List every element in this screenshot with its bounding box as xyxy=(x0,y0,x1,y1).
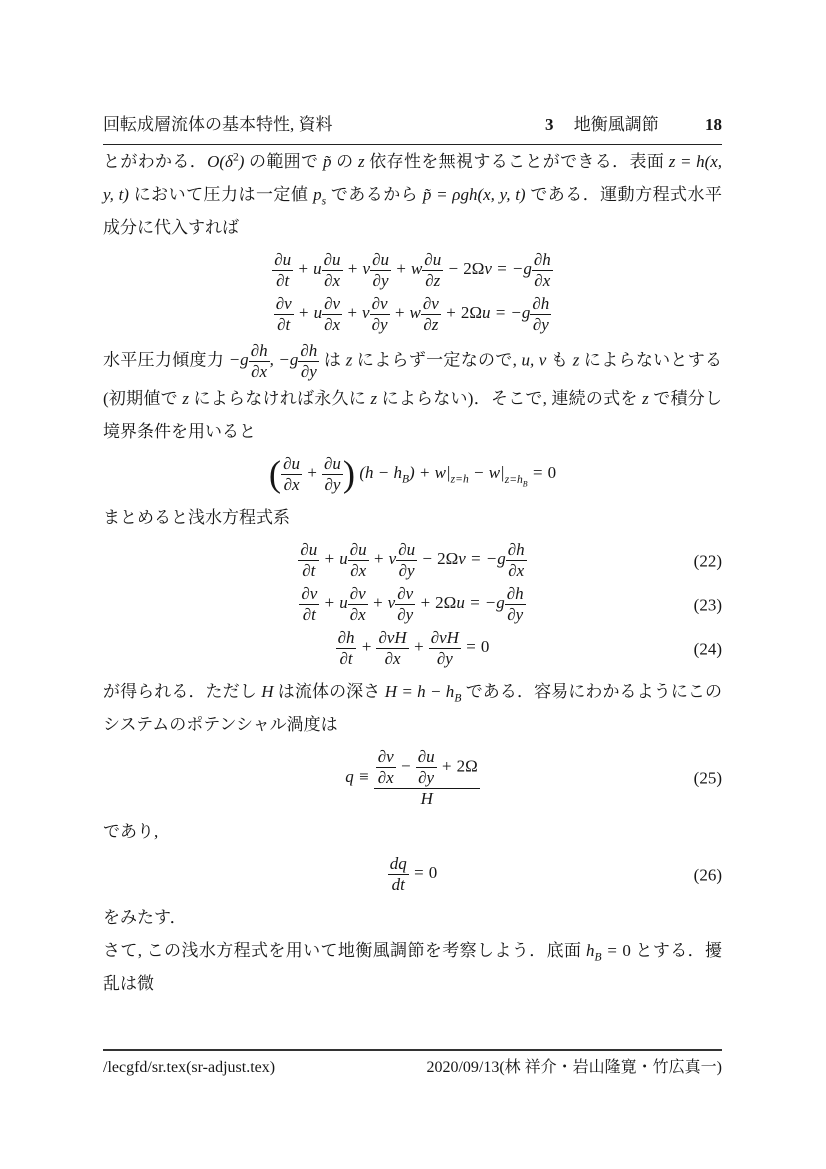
paragraph-closing: さて, この浅水方程式を用いて地衡風調節を考察しよう．底面 hB = 0 とする… xyxy=(103,934,722,1000)
header-section-info: 3 地衡風調節 18 xyxy=(545,114,722,136)
equation-number: (22) xyxy=(694,550,722,571)
paragraph-pressure-gradient: 水平圧力傾度力 −g∂h∂x, −g∂h∂y は z によらず一定なので, u,… xyxy=(103,341,722,448)
equation-body: dqdt = 0 xyxy=(388,863,437,882)
header-section-number: 3 xyxy=(545,115,554,134)
equation-body: ∂v∂t + u∂v∂x + v∂v∂y + 2Ωu = −g∂h∂y xyxy=(299,593,525,612)
potential-vorticity-equation: q ≡ ∂v∂x − ∂u∂y + 2ΩH (25) xyxy=(103,747,722,809)
momentum-equation-u: ∂u∂t + u∂u∂x + v∂u∂y + w∂u∂z − 2Ωv = −g∂… xyxy=(103,250,722,291)
footer-rule xyxy=(103,1049,722,1051)
momentum-equation-v: ∂v∂t + u∂v∂x + v∂v∂y + w∂v∂z + 2Ωu = −g∂… xyxy=(103,294,722,335)
footer-text-row: /lecgfd/sr.tex(sr-adjust.tex) 2020/09/13… xyxy=(103,1057,722,1079)
paragraph-summary: まとめると浅水方程式系 xyxy=(103,501,722,534)
text-column: 回転成層流体の基本特性, 資料 3 地衡風調節 18 とがわかる．O(δ2) の… xyxy=(0,0,826,1000)
paragraph-deari: であり, xyxy=(103,815,722,848)
equation-number: (24) xyxy=(694,638,722,659)
equation-body: ∂u∂t + u∂u∂x + v∂u∂y + w∂u∂z − 2Ωv = −g∂… xyxy=(272,259,552,278)
equation-number: (25) xyxy=(694,767,722,788)
pv-conservation-equation: dqdt = 0 (26) xyxy=(103,854,722,895)
running-header: 回転成層流体の基本特性, 資料 3 地衡風調節 18 xyxy=(103,114,722,136)
equation-body: ∂v∂t + u∂v∂x + v∂v∂y + w∂v∂z + 2Ωu = −g∂… xyxy=(274,303,552,322)
footer-date-authors: 2020/09/13(林 祥介・岩山隆寛・竹広真一) xyxy=(426,1057,722,1079)
header-document-title: 回転成層流体の基本特性, 資料 xyxy=(103,114,545,136)
footer-source-file: /lecgfd/sr.tex(sr-adjust.tex) xyxy=(103,1057,275,1079)
paragraph-depth: が得られる．ただし H は流体の深さ H = h − hB である．容易にわかる… xyxy=(103,675,722,741)
document-page: 回転成層流体の基本特性, 資料 3 地衡風調節 18 とがわかる．O(δ2) の… xyxy=(0,0,826,1169)
shallow-water-equation-23: ∂v∂t + u∂v∂x + v∂v∂y + 2Ωu = −g∂h∂y (23) xyxy=(103,584,722,625)
header-page-number: 18 xyxy=(705,115,722,134)
equation-number: (26) xyxy=(694,864,722,885)
equation-number: (23) xyxy=(694,594,722,615)
equation-body: q ≡ ∂v∂x − ∂u∂y + 2ΩH xyxy=(345,767,479,786)
equation-body: ∂u∂t + u∂u∂x + v∂u∂y − 2Ωv = −g∂h∂x xyxy=(298,549,526,568)
shallow-water-equation-22: ∂u∂t + u∂u∂x + v∂u∂y − 2Ωv = −g∂h∂x (22) xyxy=(103,540,722,581)
equation-body: (∂u∂x + ∂u∂y) (h − hB) + w|z=h − w|z=hB … xyxy=(269,463,556,482)
continuity-equation: (∂u∂x + ∂u∂y) (h − hB) + w|z=h − w|z=hB … xyxy=(103,454,722,495)
header-section-title: 地衡風調節 xyxy=(574,115,659,134)
page-footer: /lecgfd/sr.tex(sr-adjust.tex) 2020/09/13… xyxy=(103,1049,722,1079)
shallow-water-equations-block: ∂u∂t + u∂u∂x + v∂u∂y − 2Ωv = −g∂h∂x (22)… xyxy=(103,540,722,669)
shallow-water-equation-24: ∂h∂t + ∂vH∂x + ∂vH∂y = 0 (24) xyxy=(103,628,722,669)
momentum-equations-block: ∂u∂t + u∂u∂x + v∂u∂y + w∂u∂z − 2Ωv = −g∂… xyxy=(103,250,722,335)
paragraph-intro: とがわかる．O(δ2) の範囲で p̃ の z 依存性を無視することができる．表… xyxy=(103,145,722,244)
paragraph-mitasu: をみたす． xyxy=(103,901,722,934)
equation-body: ∂h∂t + ∂vH∂x + ∂vH∂y = 0 xyxy=(336,637,490,656)
